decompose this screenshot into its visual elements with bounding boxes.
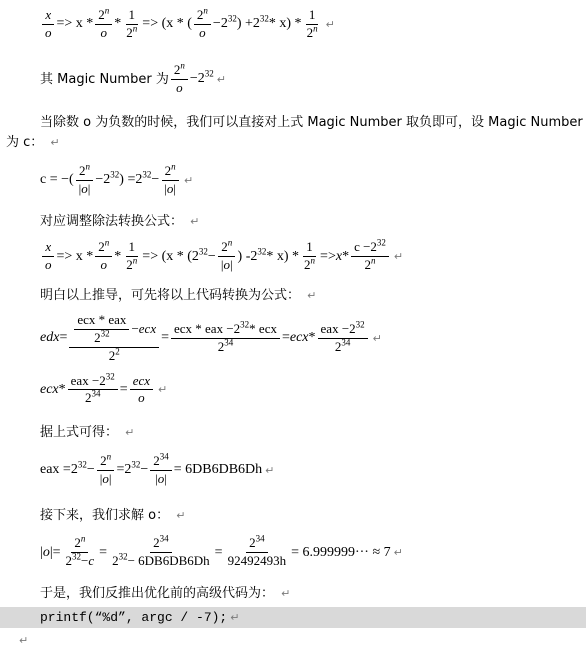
math-abs: |o|: [221, 258, 233, 273]
denominator: 2n: [123, 25, 140, 41]
math-var: o: [45, 26, 52, 41]
math-power: 234: [249, 536, 265, 551]
math-power: 232: [94, 331, 110, 346]
math-token: −: [151, 172, 159, 188]
paragraph-mark-icon: ↵: [307, 289, 316, 302]
fraction: 2n232 − c: [63, 536, 98, 569]
fraction: 2no: [171, 63, 188, 96]
text-run: 据上式可得：: [40, 425, 122, 440]
fraction: 12n: [304, 8, 321, 41]
math-power: 232: [198, 71, 214, 87]
denominator: 22: [106, 348, 123, 364]
numerator: x: [42, 8, 54, 25]
math-power: 2n: [307, 26, 318, 41]
exponent: n: [86, 162, 91, 172]
exponent: 32: [119, 552, 128, 562]
exponent: n: [171, 162, 176, 172]
math-token: −: [131, 322, 138, 337]
math-token: c −: [354, 240, 370, 255]
math-var: o: [45, 258, 52, 273]
math-token: − 6DB6DB6Dh: [128, 554, 210, 569]
fraction: 12n: [123, 240, 140, 273]
denominator: |o|: [97, 471, 115, 487]
paragraph-mark-icon: ↵: [19, 634, 28, 647]
fraction: eax − 232234: [68, 374, 118, 407]
math-token: *: [114, 16, 121, 32]
math-token: −: [81, 554, 88, 569]
denominator: o: [135, 390, 148, 406]
fraction: 2n|o|: [161, 164, 179, 197]
math-token: = 6.999999··· ≈ 7: [291, 545, 391, 561]
denominator: o: [196, 25, 209, 41]
numerator: 2n: [97, 454, 114, 471]
numerator: ecx: [130, 374, 153, 391]
text-adjust-formula: 对应调整除法转换公式： ↵: [40, 213, 580, 231]
text-run: 为 c：: [6, 135, 47, 150]
numerator: 1: [126, 240, 139, 257]
exponent: 34: [91, 389, 100, 399]
fraction: c − 2322n: [351, 240, 389, 273]
math-power: 232: [253, 16, 269, 32]
math-power: 234: [153, 454, 169, 469]
text-run: 其 Magic Number 为: [40, 71, 169, 89]
fraction: 12n: [301, 240, 318, 273]
text-from-above: 据上式可得： ↵: [40, 424, 580, 442]
math-var: o: [102, 471, 109, 486]
math-power: 2n: [100, 454, 111, 469]
exponent: n: [105, 6, 110, 16]
math-token: c = −(: [40, 172, 74, 188]
denominator: o: [42, 25, 55, 41]
math-power: 232: [349, 322, 365, 337]
math-token: −: [87, 462, 95, 478]
exponent: 32: [199, 246, 208, 256]
math-power: 234: [153, 536, 169, 551]
numerator: c − 232: [351, 240, 389, 257]
math-var: ecx: [133, 374, 150, 389]
exponent: 32: [228, 14, 237, 24]
math-power: 232: [250, 249, 266, 265]
paragraph-mark-icon: ↵: [373, 332, 382, 345]
math-power: 2n: [165, 164, 176, 179]
text-run: 对应调整除法转换公式：: [40, 214, 187, 229]
exponent: 32: [205, 69, 214, 79]
numerator: 2n: [171, 63, 188, 80]
denominator: 92492493h: [225, 553, 290, 569]
math-token: 1: [129, 8, 136, 23]
fraction: 23492492493h: [225, 536, 290, 569]
fraction: 2no: [194, 8, 211, 41]
fraction: 2n|o|: [76, 164, 94, 197]
formula-ecx-equals: ecx * eax − 232234 = ecxo↵: [40, 374, 580, 407]
exponent: 34: [256, 534, 265, 544]
math-token: ) =: [119, 172, 135, 188]
paragraph-mark-icon: ↵: [394, 546, 403, 559]
exponent: 32: [142, 170, 151, 180]
math-token: 1: [306, 240, 313, 255]
numerator: 234: [150, 536, 172, 553]
exponent: 32: [377, 238, 386, 248]
paragraph-mark-icon: ↵: [125, 426, 134, 439]
numerator: 2n: [76, 164, 93, 181]
math-token: −: [95, 172, 103, 188]
exponent: 32: [257, 246, 266, 256]
math-var: ecx: [40, 382, 59, 398]
exponent: n: [133, 256, 138, 266]
fraction: 2no: [95, 240, 112, 273]
math-token: * x) *: [266, 249, 299, 265]
paragraph-mark-icon: ↵: [281, 587, 290, 600]
math-token: =: [282, 330, 290, 346]
math-var: o: [223, 257, 230, 272]
math-abs: |o|: [40, 545, 53, 561]
exponent: 34: [160, 534, 169, 544]
math-token: ) +: [237, 16, 253, 32]
paragraph-mark-icon: ↵: [158, 383, 167, 396]
text-conclusion: 于是，我们反推出优化前的高级代码为： ↵: [40, 585, 580, 603]
formula-adjusted-transform: xo => x * 2no * 12n => (x * ( 232 − 2n|o…: [40, 240, 580, 273]
paragraph-mark-icon: ↵: [176, 509, 185, 522]
math-token: ecx * eax −: [174, 322, 234, 337]
math-var: o: [167, 181, 174, 196]
text-run: 接下来，我们求解 o：: [40, 508, 173, 523]
exponent: 32: [110, 170, 119, 180]
denominator: |o|: [161, 181, 179, 197]
paragraph-mark-icon: ↵: [217, 73, 226, 86]
math-token: =: [215, 545, 223, 561]
math-var: o: [43, 545, 50, 560]
math-token: =: [120, 382, 128, 398]
math-power: 232: [124, 462, 140, 478]
exponent: n: [313, 24, 318, 34]
fraction: xo: [42, 240, 55, 273]
exponent: 34: [224, 337, 233, 347]
numerator: ecx * eax − 232 * ecx: [171, 322, 280, 339]
fraction: ecx * eax − 232 * ecx234: [171, 322, 280, 355]
math-token: 92492493h: [228, 554, 287, 569]
math-token: ecx * eax: [77, 313, 126, 328]
exponent: 32: [78, 460, 87, 470]
math-token: => x *: [57, 16, 94, 32]
math-token: = 6DB6DB6Dh: [174, 462, 262, 478]
exponent: n: [180, 61, 185, 71]
fraction: 2no: [95, 8, 112, 41]
text-run: 当除数 o 为负数的时候，我们可以直接对上式 Magic Number 取负即可…: [40, 115, 583, 130]
math-var: o: [176, 81, 183, 96]
math-abs: |o|: [155, 472, 167, 487]
denominator: 232: [91, 330, 113, 346]
exponent: n: [371, 256, 376, 266]
math-power: 2n: [364, 258, 375, 273]
denominator: |o|: [218, 257, 236, 273]
exponent: n: [107, 452, 112, 462]
math-token: eax −: [71, 374, 100, 389]
fraction: ecxo: [130, 374, 153, 407]
math-power: 2n: [79, 164, 90, 179]
math-token: *: [309, 330, 316, 346]
math-var: o: [81, 181, 88, 196]
denominator: 2n: [123, 257, 140, 273]
math-token: =: [116, 462, 124, 478]
math-token: =: [59, 330, 67, 346]
math-power: 2n: [221, 240, 232, 255]
math-token: eax −: [321, 322, 350, 337]
math-power: 234: [218, 340, 234, 355]
math-power: 232: [234, 322, 250, 337]
math-token: * ecx: [249, 322, 277, 337]
fraction: eax − 232234: [318, 322, 368, 355]
math-power: 2n: [174, 63, 185, 78]
formula-magic-c: c = −(2n|o| − 232) = 232 − 2n|o|↵: [40, 164, 580, 197]
paragraph-mark-icon: ↵: [394, 250, 403, 263]
paragraph-mark-icon: ↵: [230, 611, 239, 624]
denominator: o: [98, 257, 111, 273]
math-var: o: [199, 26, 206, 41]
math-power: 2n: [98, 8, 109, 23]
numerator: 1: [126, 8, 139, 25]
numerator: 1: [306, 8, 319, 25]
math-token: => (x * (: [142, 16, 192, 32]
formula-edx: edx = ecx * eax232 − ecx22 = ecx * eax −…: [40, 313, 580, 364]
math-token: *: [342, 249, 349, 265]
math-power: 234: [335, 340, 351, 355]
math-abs: |o|: [164, 182, 176, 197]
denominator: 2n: [304, 25, 321, 41]
denominator: |o|: [152, 471, 170, 487]
fraction: ecx * eax232 − ecx22: [69, 313, 159, 364]
exponent: 32: [101, 328, 110, 338]
magic-number-line: 其 Magic Number 为2no − 232↵: [40, 63, 580, 96]
math-token: *: [59, 382, 66, 398]
math-power: 22: [109, 349, 120, 364]
math-power: 232: [103, 172, 119, 188]
numerator: 1: [303, 240, 316, 257]
document-page: xo => x * 2no * 12n => (x * ( 2no − 232 …: [0, 8, 586, 649]
denominator: 232 − 6DB6DB6Dh: [109, 553, 213, 569]
math-token: => x *: [57, 249, 94, 265]
exponent: n: [311, 256, 316, 266]
numerator: ecx * eax232 − ecx: [69, 313, 159, 348]
math-power: 232: [221, 16, 237, 32]
fraction: 2n|o|: [97, 454, 115, 487]
exponent: 34: [341, 337, 350, 347]
code-line: printf(“%d”, argc / -7);↵: [0, 607, 586, 628]
math-var: x: [45, 8, 51, 23]
math-power: 2n: [126, 26, 137, 41]
denominator: o: [98, 25, 111, 41]
fraction: 12n: [123, 8, 140, 41]
trailing-paragraph-mark: ↵: [16, 631, 580, 649]
math-token: =: [161, 330, 169, 346]
math-var: o: [101, 26, 108, 41]
math-var: ecx: [139, 322, 156, 337]
fraction: 2n|o|: [218, 240, 236, 273]
exponent: 32: [131, 460, 140, 470]
code-text: printf(“%d”, argc / -7);: [40, 610, 227, 625]
denominator: o: [42, 257, 55, 273]
exponent: 32: [72, 552, 81, 562]
numerator: 2n: [95, 240, 112, 257]
numerator: ecx * eax: [74, 313, 129, 330]
math-power: 232: [135, 172, 151, 188]
math-var: c: [88, 554, 94, 569]
math-token: => (x * (: [142, 249, 192, 265]
exponent: n: [228, 238, 233, 248]
math-var: o: [158, 471, 165, 486]
paragraph-mark-icon: ↵: [265, 464, 274, 477]
math-var: edx: [40, 330, 59, 346]
numerator: eax − 232: [318, 322, 368, 339]
math-token: * x) *: [269, 16, 302, 32]
paragraph-mark-icon: ↵: [184, 174, 193, 187]
formula-abs-o: |o| = 2n232 − c = 234232 − 6DB6DB6Dh = 2…: [40, 536, 580, 569]
exponent: 34: [160, 452, 169, 462]
math-token: *: [114, 249, 121, 265]
exponent: 32: [240, 319, 249, 329]
text-run: 于是，我们反推出优化前的高级代码为：: [40, 586, 278, 601]
numerator: 2n: [162, 164, 179, 181]
math-var: o: [138, 391, 145, 406]
exponent: n: [203, 6, 208, 16]
para-negative-divisor-2: 为 c： ↵: [6, 134, 580, 152]
para-negative-divisor-1: 当除数 o 为负数的时候，我们可以直接对上式 Magic Number 取负即可…: [40, 114, 580, 132]
paragraph-mark-icon: ↵: [50, 136, 59, 149]
denominator: |o|: [76, 181, 94, 197]
exponent: 32: [106, 371, 115, 381]
math-token: eax =: [40, 462, 71, 478]
numerator: 2n: [71, 536, 88, 553]
math-abs: |o|: [100, 472, 112, 487]
text-run: 明白以上推导，可先将以上代码转换为公式：: [40, 288, 304, 303]
numerator: 2n: [218, 240, 235, 257]
fraction: 234232 − 6DB6DB6Dh: [109, 536, 213, 569]
math-token: 1: [309, 8, 316, 23]
paragraph-mark-icon: ↵: [190, 215, 199, 228]
denominator: 232 − c: [63, 553, 98, 569]
text-understand-derivation: 明白以上推导，可先将以上代码转换为公式： ↵: [40, 287, 580, 305]
exponent: n: [133, 24, 138, 34]
math-power: 234: [85, 391, 101, 406]
denominator: 234: [215, 339, 237, 355]
math-power: 2n: [74, 536, 85, 551]
numerator: 234: [246, 536, 268, 553]
math-token: 1: [129, 240, 136, 255]
fraction: xo: [42, 8, 55, 41]
formula-div-transform: xo => x * 2no * 12n => (x * ( 2no − 232 …: [40, 8, 580, 41]
exponent: n: [105, 238, 110, 248]
math-power: 2n: [98, 240, 109, 255]
math-token: −: [208, 249, 216, 265]
math-power: 2n: [197, 8, 208, 23]
denominator: 234: [82, 390, 104, 406]
numerator: x: [42, 240, 54, 257]
math-token: −: [213, 16, 221, 32]
math-power: 232: [370, 240, 386, 255]
math-token: =: [99, 545, 107, 561]
formula-eax: eax = 232 − 2n|o| = 232 − 234|o| = 6DB6D…: [40, 454, 580, 487]
math-power: 2n: [126, 258, 137, 273]
math-token: −: [140, 462, 148, 478]
denominator: 234: [332, 339, 354, 355]
denominator: 2n: [301, 257, 318, 273]
exponent: 32: [356, 319, 365, 329]
text-solve-o: 接下来，我们求解 o： ↵: [40, 507, 580, 525]
math-token: =>: [320, 249, 336, 265]
numerator: 2n: [95, 8, 112, 25]
numerator: 234: [150, 454, 172, 471]
math-power: 232: [112, 554, 128, 569]
denominator: 2n: [361, 257, 378, 273]
math-token: ) -: [238, 249, 251, 265]
math-power: 232: [71, 462, 87, 478]
numerator: 2n: [194, 8, 211, 25]
exponent: 2: [115, 346, 120, 356]
math-var: x: [45, 240, 51, 255]
math-power: 232: [192, 249, 208, 265]
math-token: −: [190, 71, 198, 87]
math-power: 232: [99, 374, 115, 389]
math-power: 2n: [304, 258, 315, 273]
denominator: o: [173, 80, 186, 96]
math-abs: |o|: [79, 182, 91, 197]
numerator: eax − 232: [68, 374, 118, 391]
fraction: ecx * eax232: [74, 313, 129, 346]
exponent: 32: [260, 14, 269, 24]
math-token: =: [53, 545, 61, 561]
math-power: 232: [66, 554, 82, 569]
math-var: ecx: [290, 330, 309, 346]
exponent: n: [81, 534, 86, 544]
fraction: 234|o|: [150, 454, 172, 487]
math-var: o: [101, 258, 108, 273]
paragraph-mark-icon: ↵: [326, 18, 335, 31]
